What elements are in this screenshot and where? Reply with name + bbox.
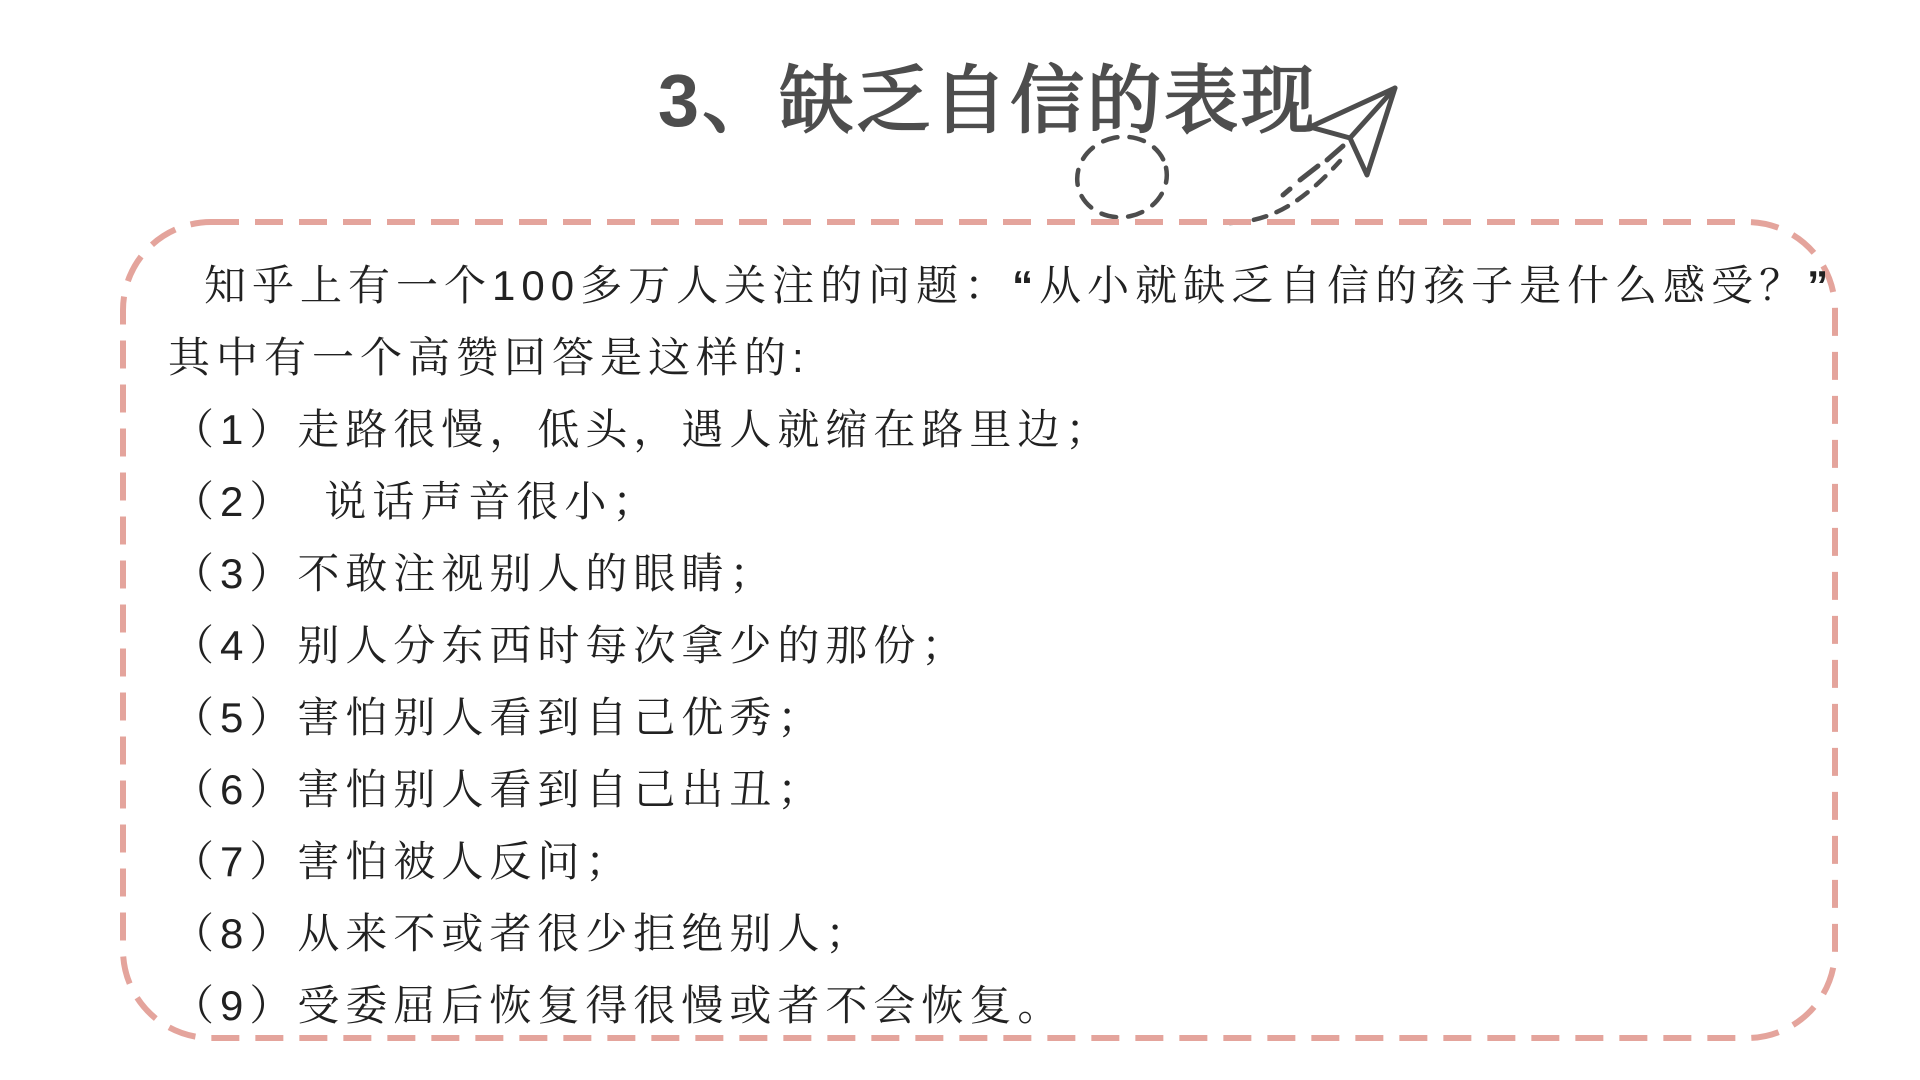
list-item: （1）走路很慢，低头，遇人就缩在路里边； — [168, 394, 1828, 466]
list-item: （2） 说话声音很小； — [168, 466, 1828, 538]
title-decoration — [1040, 55, 1440, 235]
dashed-loop-icon — [1070, 129, 1175, 226]
paper-plane-icon — [1283, 88, 1395, 195]
slide-page: 3、缺乏自信的表现 知乎上有一个100多万人关注的问题：“从小就缺乏自信的孩子是… — [0, 0, 1920, 1080]
close-quote: ” — [1807, 262, 1834, 309]
list-item: （7）害怕被人反问； — [168, 826, 1828, 898]
list-item: （4）别人分东西时每次拿少的那份； — [168, 610, 1828, 682]
list-item: （6）害怕别人看到自己出丑； — [168, 754, 1828, 826]
intro-prefix: 知乎上有一个100多万人关注的问题： — [204, 262, 1012, 309]
list-item: （9）受委屈后恢复得很慢或者不会恢复。 — [168, 970, 1828, 1042]
subtitle-line: 其中有一个高赞回答是这样的: — [168, 322, 1828, 394]
list-item: （3）不敢注视别人的眼睛； — [168, 538, 1828, 610]
open-quote: “ — [1012, 262, 1039, 309]
page-title: 3、缺乏自信的表现 — [28, 42, 1920, 148]
answer-list: （1）走路很慢，低头，遇人就缩在路里边；（2） 说话声音很小；（3）不敢注视别人… — [168, 394, 1828, 1042]
list-item: （5）害怕别人看到自己优秀； — [168, 682, 1828, 754]
intro-line: 知乎上有一个100多万人关注的问题：“从小就缺乏自信的孩子是什么感受？” — [168, 250, 1828, 322]
list-item: （8）从来不或者很少拒绝别人； — [168, 898, 1828, 970]
answer-box-content: 知乎上有一个100多万人关注的问题：“从小就缺乏自信的孩子是什么感受？” 其中有… — [168, 250, 1828, 1042]
intro-quote-text: 从小就缺乏自信的孩子是什么感受？ — [1039, 262, 1807, 309]
